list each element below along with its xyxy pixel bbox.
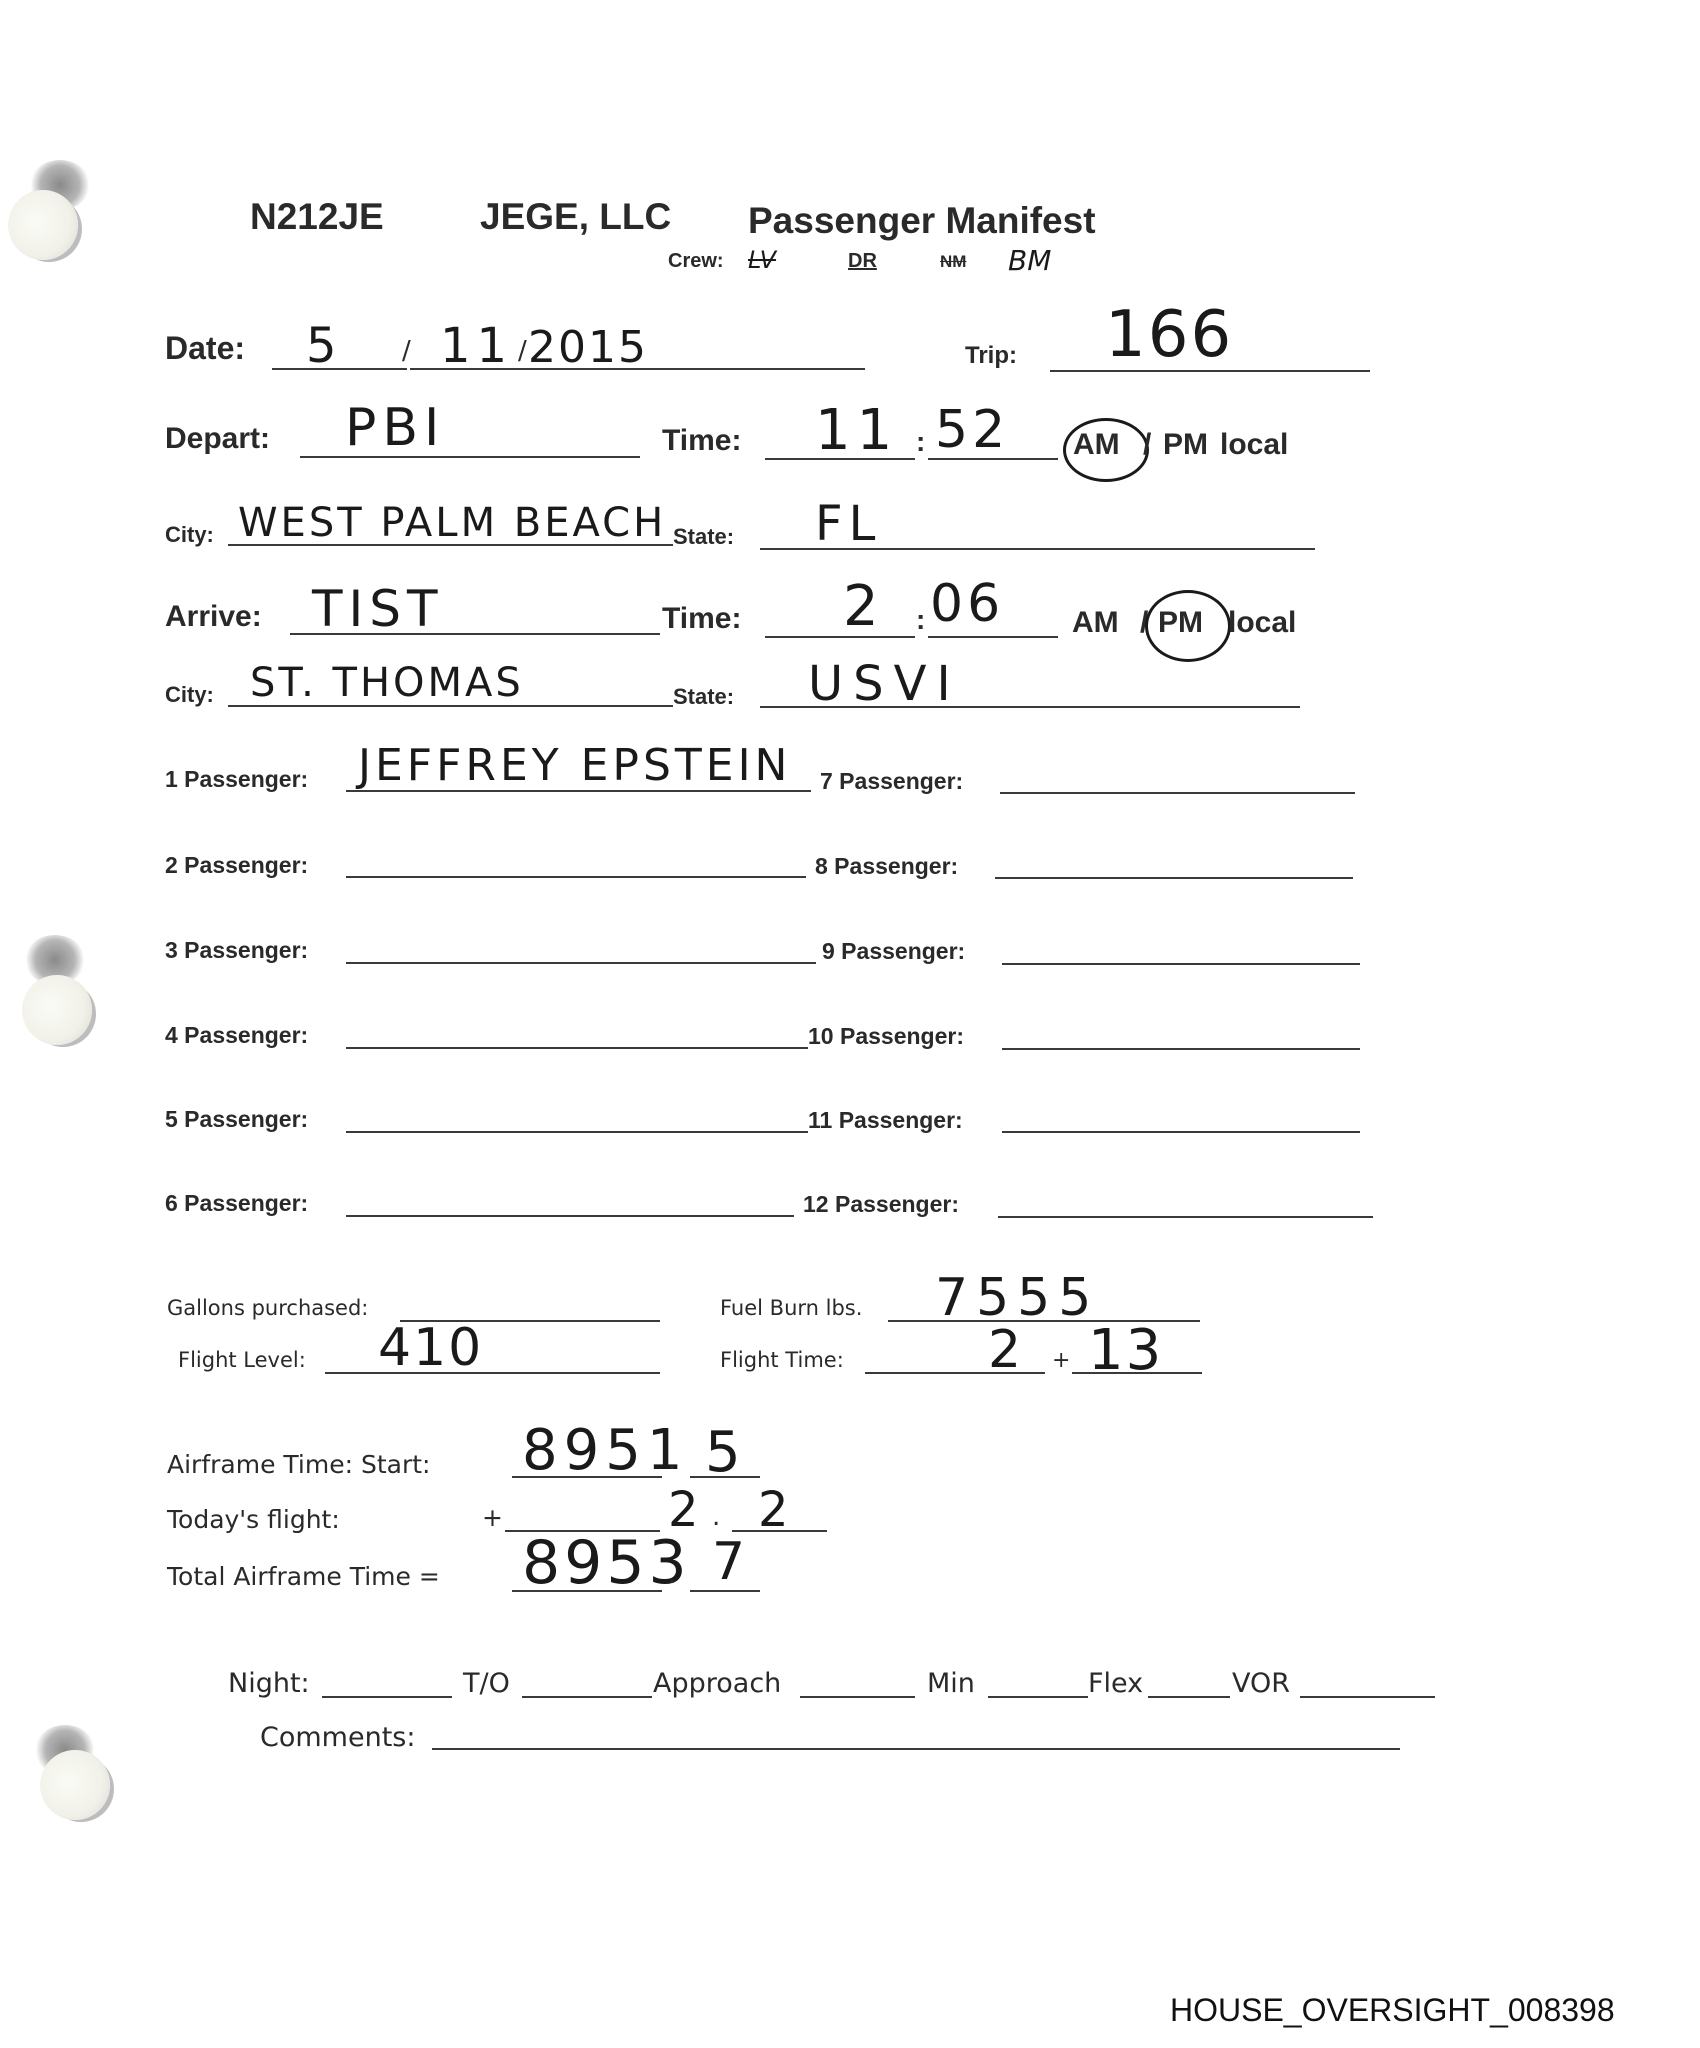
- depart-pm[interactable]: PM: [1163, 428, 1208, 462]
- todays-flight-dec[interactable]: 2: [758, 1482, 795, 1538]
- depart-city-label: City:: [165, 522, 214, 548]
- date-sep-2: /: [518, 336, 527, 366]
- passenger-6-label: 6 Passenger:: [165, 1190, 308, 1217]
- passenger-9-label: 9 Passenger:: [822, 938, 965, 965]
- todays-flight-label: Today's flight:: [167, 1505, 340, 1534]
- depart-airport[interactable]: PBI: [345, 398, 445, 458]
- passenger-11-line[interactable]: [1002, 1131, 1360, 1133]
- arrive-label: Arrive:: [165, 600, 262, 634]
- crew-nm: NM: [940, 252, 966, 272]
- fuel-burn-label: Fuel Burn lbs.: [720, 1296, 862, 1320]
- passenger-9-line[interactable]: [1002, 963, 1360, 965]
- depart-local: local: [1220, 428, 1288, 462]
- depart-am[interactable]: AM: [1073, 428, 1120, 462]
- passenger-12-line[interactable]: [998, 1216, 1373, 1218]
- min-line[interactable]: [988, 1696, 1088, 1698]
- date-day[interactable]: 11: [440, 318, 513, 374]
- flex-label: Flex: [1088, 1668, 1143, 1699]
- hole-punch-bottom: [40, 1750, 110, 1820]
- date-month[interactable]: 5: [306, 318, 343, 374]
- trip-number[interactable]: 166: [1105, 298, 1233, 372]
- passenger-1-name[interactable]: JEFFREY EPSTEIN: [358, 740, 791, 791]
- depart-state[interactable]: FL: [815, 496, 881, 552]
- flight-time-minutes[interactable]: 13: [1088, 1318, 1163, 1383]
- to-label: T/O: [463, 1668, 510, 1699]
- passenger-10-line[interactable]: [1002, 1048, 1360, 1050]
- depart-hour[interactable]: 11: [815, 398, 898, 463]
- night-label: Night:: [228, 1668, 310, 1699]
- passenger-2-label: 2 Passenger:: [165, 852, 308, 879]
- hole-punch-middle: [22, 975, 92, 1045]
- passenger-7-label: 7 Passenger:: [820, 768, 963, 795]
- arrive-hour[interactable]: 2: [843, 574, 885, 639]
- arrive-city-label: City:: [165, 682, 214, 708]
- crew-bm: BM: [1008, 244, 1051, 277]
- arrive-airport[interactable]: TIST: [312, 580, 444, 638]
- date-label: Date:: [165, 330, 245, 367]
- company-name: JEGE, LLC: [480, 196, 671, 238]
- arrive-minute-line[interactable]: [928, 636, 1058, 638]
- approach-label: Approach: [653, 1668, 781, 1699]
- passenger-5-label: 5 Passenger:: [165, 1106, 308, 1133]
- arrive-city[interactable]: ST. THOMAS: [250, 660, 524, 706]
- tail-number: N212JE: [250, 196, 384, 238]
- arrive-state-label: State:: [673, 684, 734, 710]
- flight-level-label: Flight Level:: [178, 1348, 306, 1372]
- total-airframe-dec[interactable]: 7: [712, 1532, 751, 1592]
- min-label: Min: [927, 1668, 975, 1699]
- airframe-start-dot: .: [668, 1446, 676, 1476]
- depart-city[interactable]: WEST PALM BEACH: [238, 500, 666, 546]
- flight-time-hours[interactable]: 2: [988, 1320, 1027, 1380]
- passenger-2-line[interactable]: [346, 876, 806, 878]
- passenger-3-line[interactable]: [346, 962, 816, 964]
- passenger-12-label: 12 Passenger:: [803, 1191, 959, 1218]
- passenger-11-label: 11 Passenger:: [808, 1107, 963, 1134]
- to-line[interactable]: [522, 1696, 652, 1698]
- passenger-8-label: 8 Passenger:: [815, 853, 958, 880]
- depart-colon: :: [916, 426, 925, 458]
- arrive-time-label: Time:: [662, 602, 741, 636]
- arrive-colon: :: [916, 604, 925, 636]
- arrive-local: local: [1228, 606, 1296, 640]
- passenger-10-label: 10 Passenger:: [808, 1023, 964, 1050]
- depart-minute[interactable]: 52: [935, 400, 1009, 460]
- arrive-state[interactable]: USVI: [808, 656, 961, 712]
- flight-level-value[interactable]: 410: [378, 1318, 483, 1378]
- approach-line[interactable]: [800, 1696, 915, 1698]
- comments-line[interactable]: [432, 1748, 1400, 1750]
- arrive-minute[interactable]: 06: [930, 574, 1004, 634]
- comments-label: Comments:: [260, 1722, 415, 1753]
- passenger-8-line[interactable]: [995, 877, 1353, 879]
- airframe-start-dec[interactable]: 5: [705, 1420, 747, 1485]
- crew-label: Crew:: [668, 250, 724, 273]
- airframe-start-whole[interactable]: 8951: [522, 1418, 689, 1483]
- flight-time-label: Flight Time:: [720, 1348, 844, 1372]
- total-airframe-label: Total Airframe Time =: [167, 1562, 440, 1591]
- depart-slash: /: [1143, 428, 1151, 462]
- night-line[interactable]: [322, 1696, 452, 1698]
- arrive-hour-line[interactable]: [765, 636, 915, 638]
- passenger-1-label: 1 Passenger:: [165, 766, 308, 793]
- depart-state-label: State:: [673, 524, 734, 550]
- crew-lv: LV: [748, 246, 776, 274]
- date-year[interactable]: 2015: [528, 322, 648, 373]
- depart-time-label: Time:: [662, 424, 741, 458]
- gallons-label: Gallons purchased:: [167, 1296, 368, 1320]
- todays-flight-dot: .: [712, 1502, 720, 1532]
- vor-label: VOR: [1232, 1668, 1290, 1699]
- crew-dr: DR: [848, 250, 877, 273]
- vor-line[interactable]: [1300, 1696, 1435, 1698]
- flex-line[interactable]: [1148, 1696, 1230, 1698]
- todays-flight-plus: +: [482, 1503, 503, 1532]
- flight-time-plus: +: [1052, 1348, 1070, 1373]
- hole-punch-top: [8, 190, 78, 260]
- passenger-3-label: 3 Passenger:: [165, 937, 308, 964]
- flight-level-line[interactable]: [325, 1372, 660, 1374]
- passenger-7-line[interactable]: [1000, 792, 1355, 794]
- passenger-4-line[interactable]: [346, 1047, 808, 1049]
- fuel-burn-value[interactable]: 7555: [935, 1268, 1099, 1328]
- passenger-4-label: 4 Passenger:: [165, 1022, 308, 1049]
- total-airframe-dot: .: [668, 1560, 676, 1590]
- date-sep-1: /: [402, 336, 411, 366]
- page-title: Passenger Manifest: [748, 200, 1096, 242]
- depart-label: Depart:: [165, 422, 270, 456]
- passenger-6-line[interactable]: [346, 1215, 794, 1217]
- total-airframe-whole[interactable]: 8953: [522, 1528, 691, 1598]
- passenger-5-line[interactable]: [346, 1131, 808, 1133]
- arrive-pm[interactable]: PM: [1158, 606, 1203, 640]
- arrive-am[interactable]: AM: [1072, 606, 1119, 640]
- bates-number: HOUSE_OVERSIGHT_008398: [1170, 1992, 1615, 2029]
- airframe-start-label: Airframe Time: Start:: [167, 1450, 430, 1479]
- trip-label: Trip:: [965, 342, 1017, 370]
